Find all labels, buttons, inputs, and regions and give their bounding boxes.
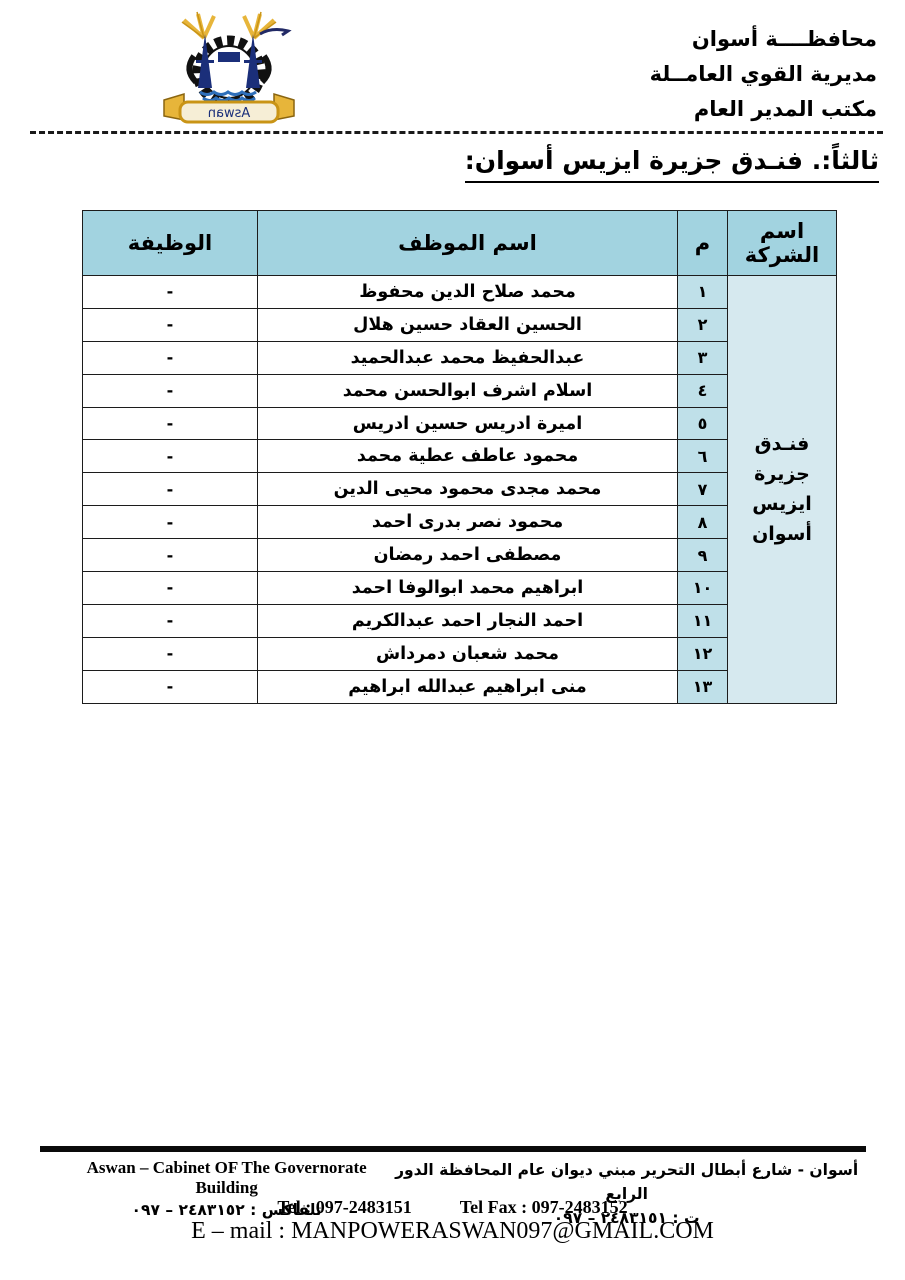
- document-page: { "header": { "org_line1": "محافظــــة أ…: [0, 0, 905, 1280]
- stray-pen-mark: [258, 26, 296, 40]
- header-job-title: الوظيفة: [83, 211, 258, 276]
- row-number: ٩: [678, 539, 728, 572]
- org-line-office: مكتب المدير العام: [650, 92, 877, 127]
- employee-name: محمد شعبان دمرداش: [258, 637, 678, 670]
- table-header-row: اسم الشركة م اسم الموظف الوظيفة: [83, 211, 837, 276]
- header-employee-name: اسم الموظف: [258, 211, 678, 276]
- job-value: -: [83, 473, 258, 506]
- header-number: م: [678, 211, 728, 276]
- employee-name: محمود نصر بدرى احمد: [258, 506, 678, 539]
- company-name-line: أسوان: [728, 519, 836, 549]
- employee-name: اميرة ادريس حسين ادريس: [258, 407, 678, 440]
- row-number: ٤: [678, 374, 728, 407]
- table-row: ١٠ابراهيم محمد ابوالوفا احمد-: [83, 572, 837, 605]
- company-name-cell: فنـدقجزيرةايزيسأسوان: [728, 276, 837, 704]
- job-value: -: [83, 308, 258, 341]
- job-value: -: [83, 276, 258, 309]
- employee-name: الحسين العقاد حسين هلال: [258, 308, 678, 341]
- org-line-directorate: مديرية القوي العامــلة: [650, 57, 877, 92]
- row-number: ٥: [678, 407, 728, 440]
- org-header: محافظــــة أسوان مديرية القوي العامــلة …: [650, 22, 877, 127]
- company-name-line: ايزيس: [728, 489, 836, 519]
- company-name-line: جزيرة: [728, 459, 836, 489]
- employee-name: منى ابراهيم عبدالله ابراهيم: [258, 670, 678, 703]
- job-value: -: [83, 407, 258, 440]
- footer-rule: [40, 1146, 866, 1152]
- table-row: ٧محمد مجدى محمود محيى الدين-: [83, 473, 837, 506]
- header-company-name: اسم الشركة: [728, 211, 837, 276]
- job-value: -: [83, 670, 258, 703]
- table-row: ١١احمد النجار احمد عبدالكريم-: [83, 604, 837, 637]
- job-value: -: [83, 440, 258, 473]
- job-value: -: [83, 506, 258, 539]
- employee-table: اسم الشركة م اسم الموظف الوظيفة فنـدقجزي…: [82, 210, 837, 704]
- row-number: ١: [678, 276, 728, 309]
- table-row: ١٢محمد شعبان دمرداش-: [83, 637, 837, 670]
- job-value: -: [83, 341, 258, 374]
- tel-english: Tel : 097-2483151: [277, 1197, 411, 1217]
- table-row: ٣عبدالحفيظ محمد عبدالحميد-: [83, 341, 837, 374]
- address-english: Aswan – Cabinet OF The Governorate Build…: [65, 1158, 388, 1198]
- row-number: ١٣: [678, 670, 728, 703]
- table-row: ٢الحسين العقاد حسين هلال-: [83, 308, 837, 341]
- job-value: -: [83, 539, 258, 572]
- employee-name: اسلام اشرف ابوالحسن محمد: [258, 374, 678, 407]
- employee-name: احمد النجار احمد عبدالكريم: [258, 604, 678, 637]
- job-value: -: [83, 572, 258, 605]
- row-number: ١١: [678, 604, 728, 637]
- email-line[interactable]: E – mail : MANPOWERASWAN097@GMAIL.COM: [0, 1218, 905, 1245]
- logo-banner-text: Aswan: [208, 106, 251, 121]
- table-row: ٨محمود نصر بدرى احمد-: [83, 506, 837, 539]
- job-value: -: [83, 374, 258, 407]
- table-row: ٤اسلام اشرف ابوالحسن محمد-: [83, 374, 837, 407]
- row-number: ٦: [678, 440, 728, 473]
- company-name-line: فنـدق: [728, 429, 836, 459]
- row-number: ٨: [678, 506, 728, 539]
- employee-name: محمود عاطف عطية محمد: [258, 440, 678, 473]
- row-number: ٣: [678, 341, 728, 374]
- section-title: ثالثاً:. فنـدق جزيرة ايزيس أسوان:: [465, 146, 879, 183]
- table-row: ٩مصطفى احمد رمضان-: [83, 539, 837, 572]
- employee-name: محمد مجدى محمود محيى الدين: [258, 473, 678, 506]
- row-number: ١٢: [678, 637, 728, 670]
- dashed-separator: [30, 131, 883, 134]
- table-row: فنـدقجزيرةايزيسأسوان١محمد صلاح الدين محف…: [83, 276, 837, 309]
- job-value: -: [83, 637, 258, 670]
- employee-name: عبدالحفيظ محمد عبدالحميد: [258, 341, 678, 374]
- employee-name: مصطفى احمد رمضان: [258, 539, 678, 572]
- job-value: -: [83, 604, 258, 637]
- row-number: ٧: [678, 473, 728, 506]
- table-row: ١٣منى ابراهيم عبدالله ابراهيم-: [83, 670, 837, 703]
- table-row: ٥اميرة ادريس حسين ادريس-: [83, 407, 837, 440]
- row-number: ١٠: [678, 572, 728, 605]
- telephone-line: Tel : 097-2483151Tel Fax : 097-2483152: [0, 1197, 905, 1218]
- employee-name: محمد صلاح الدين محفوظ: [258, 276, 678, 309]
- table-row: ٦محمود عاطف عطية محمد-: [83, 440, 837, 473]
- employee-table-body: فنـدقجزيرةايزيسأسوان١محمد صلاح الدين محف…: [83, 276, 837, 704]
- telfax-english: Tel Fax : 097-2483152: [460, 1197, 628, 1217]
- row-number: ٢: [678, 308, 728, 341]
- employee-name: ابراهيم محمد ابوالوفا احمد: [258, 572, 678, 605]
- org-line-governorate: محافظــــة أسوان: [650, 22, 877, 57]
